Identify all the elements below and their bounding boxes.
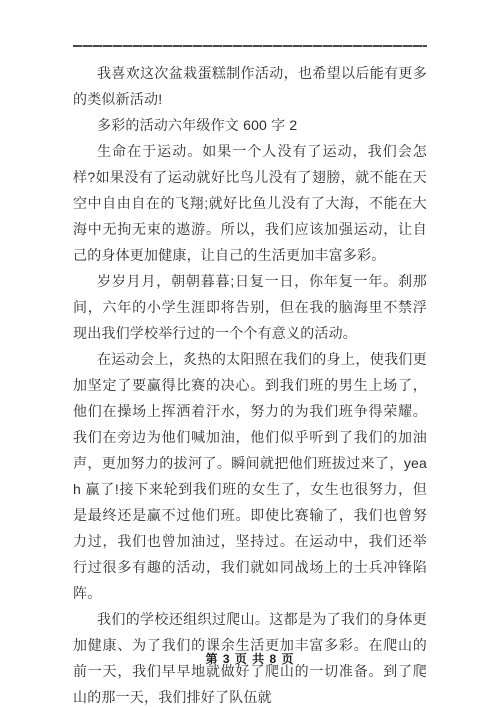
- paragraph-5: 在运动会上，炙热的太阳照在我们的身上，使我们更加坚定了要赢得比赛的决心。到我们班…: [73, 346, 427, 606]
- page-number-text: 第 3 页 共 8 页: [205, 652, 294, 666]
- paragraph-3: 生命在于运动。如果一个人没有了运动，我们会怎样?如果没有了运动就好比鸟儿没有了翅…: [73, 138, 427, 268]
- paragraph-1: 我喜欢这次盆栽蛋糕制作活动，也希望以后能有更多的类似新活动!: [73, 60, 427, 112]
- paragraph-4: 岁岁月月，朝朝暮暮;日复一日，你年复一年。刹那间，六年的小学生涯即将告别，但在我…: [73, 268, 427, 346]
- document-body: 我喜欢这次盆栽蛋糕制作活动，也希望以后能有更多的类似新活动! 多彩的活动六年级作…: [73, 60, 427, 707]
- paragraph-2-section-title: 多彩的活动六年级作文 600 字 2: [73, 112, 427, 138]
- header-divider: [73, 45, 427, 47]
- document-page: 我喜欢这次盆栽蛋糕制作活动，也希望以后能有更多的类似新活动! 多彩的活动六年级作…: [0, 0, 500, 707]
- page-footer: 第 3 页 共 8 页: [0, 650, 500, 668]
